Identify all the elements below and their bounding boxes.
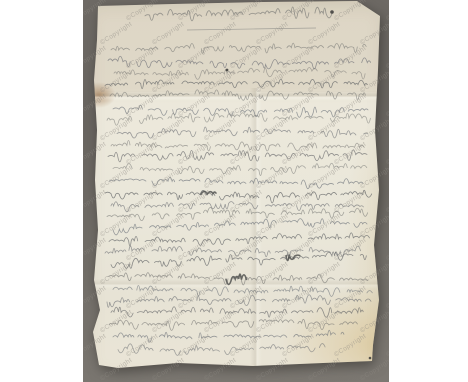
handwritten-line [107,113,376,126]
handwritten-line [113,219,371,235]
ink-blotch [286,255,303,261]
handwritten-line [113,105,376,117]
handwritten-line [118,344,331,356]
handwritten-line [108,150,374,162]
handwritten-line [109,177,368,188]
handwritten-line [113,285,377,296]
handwritten-line [111,202,369,212]
title-underline [187,28,316,30]
handwritten-line [105,190,378,203]
handwritten-line [111,140,371,151]
handwritten-line [110,90,371,101]
handwritten-line [117,127,374,138]
handwritten-line [111,307,368,318]
handwritten-line [107,295,377,308]
handwritten-line [109,233,373,246]
handwritten-line [107,207,374,220]
ink-fleck [330,10,334,14]
letter-paper [83,0,389,382]
handwritten-line [109,319,361,330]
handwritten-line [105,79,374,89]
handwritten-line [108,56,375,69]
handwritten-line [113,330,347,342]
ink-fleck [226,69,229,72]
handwritten-line [111,252,373,268]
handwritten-line [114,67,369,79]
letter-paper-shadow [83,0,389,382]
handwritten-title [145,7,337,21]
ink-fleck [369,357,372,360]
letter-photo: ©Copyright©Copyright©Copyright©Copyright… [83,0,389,382]
handwritten-line [113,163,371,175]
handwriting-svg [83,0,389,382]
screenshot-canvas: ©Copyright©Copyright©Copyright©Copyright… [0,0,468,382]
handwritten-line [105,246,364,257]
handwritten-line [111,43,372,53]
